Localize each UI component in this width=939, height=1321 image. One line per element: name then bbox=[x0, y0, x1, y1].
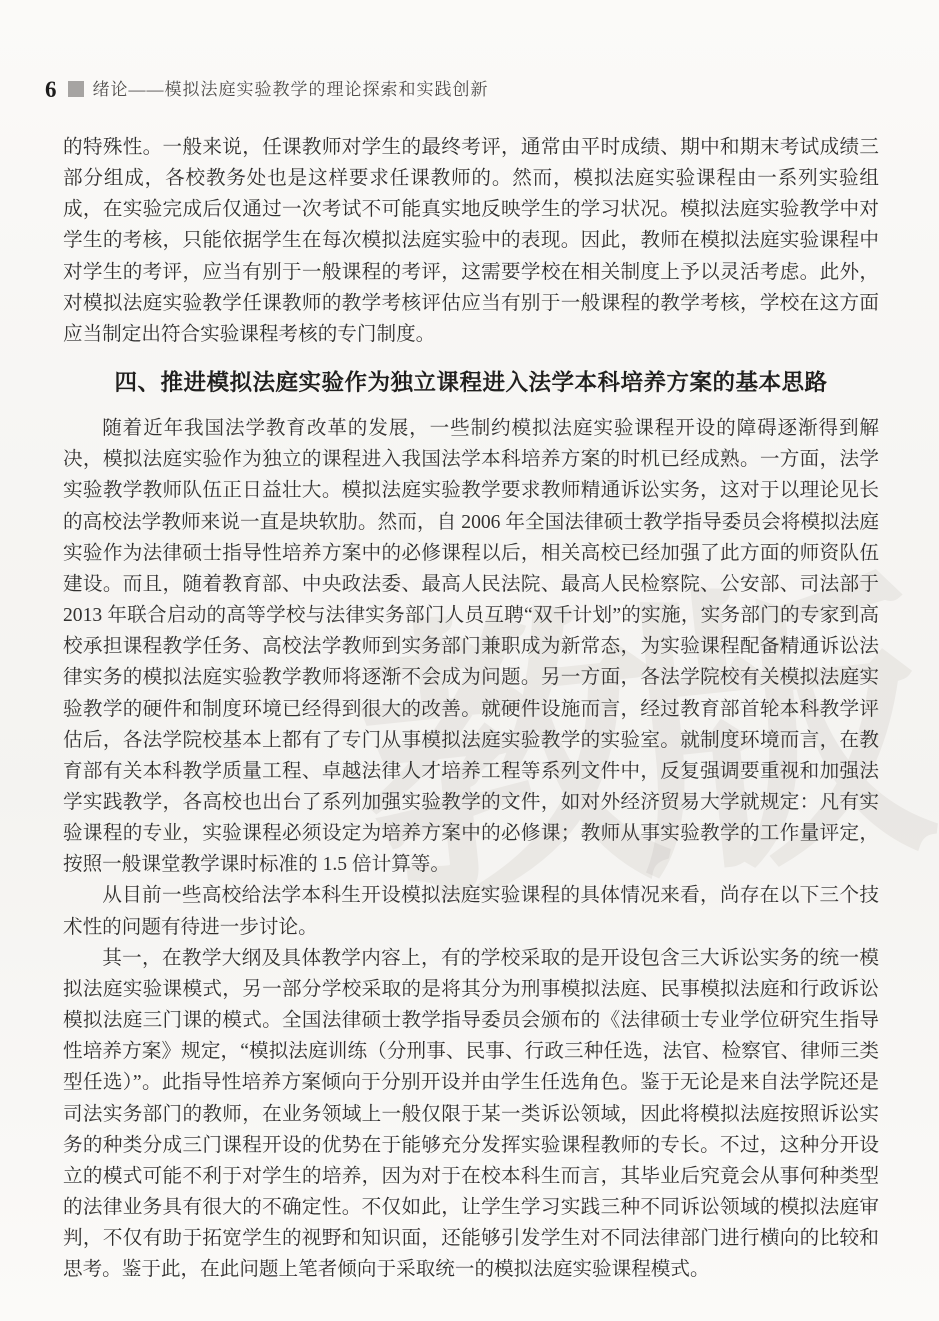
paragraph-3: 从目前一些高校给法学本科生开设模拟法庭实验课程的具体情况来看，尚存在以下三个技术… bbox=[63, 880, 879, 942]
page-header: 6 绪论——模拟法庭实验教学的理论探索和实践创新 bbox=[45, 76, 489, 102]
section-heading: 四、推进模拟法庭实验作为独立课程进入法学本科培养方案的基本思路 bbox=[63, 368, 879, 398]
page-number: 6 bbox=[45, 78, 57, 101]
paragraph-2: 随着近年我国法学教育改革的发展，一些制约模拟法庭实验课程开设的障碍逐渐得到解决，… bbox=[63, 413, 879, 880]
book-page: 教版 6 绪论——模拟法庭实验教学的理论探索和实践创新 的特殊性。一般来说，任课… bbox=[0, 0, 939, 1321]
paragraph-4: 其一，在教学大纲及具体教学内容上，有的学校采取的是开设包含三大诉讼实务的统一模拟… bbox=[63, 943, 879, 1286]
paragraph-continuation: 的特殊性。一般来说，任课教师对学生的最终考评，通常由平时成绩、期中和期末考试成绩… bbox=[63, 132, 879, 350]
running-title: 绪论——模拟法庭实验教学的理论探索和实践创新 bbox=[93, 81, 489, 98]
page-body: 的特殊性。一般来说，任课教师对学生的最终考评，通常由平时成绩、期中和期末考试成绩… bbox=[63, 132, 879, 1285]
square-bullet-icon bbox=[68, 81, 84, 97]
